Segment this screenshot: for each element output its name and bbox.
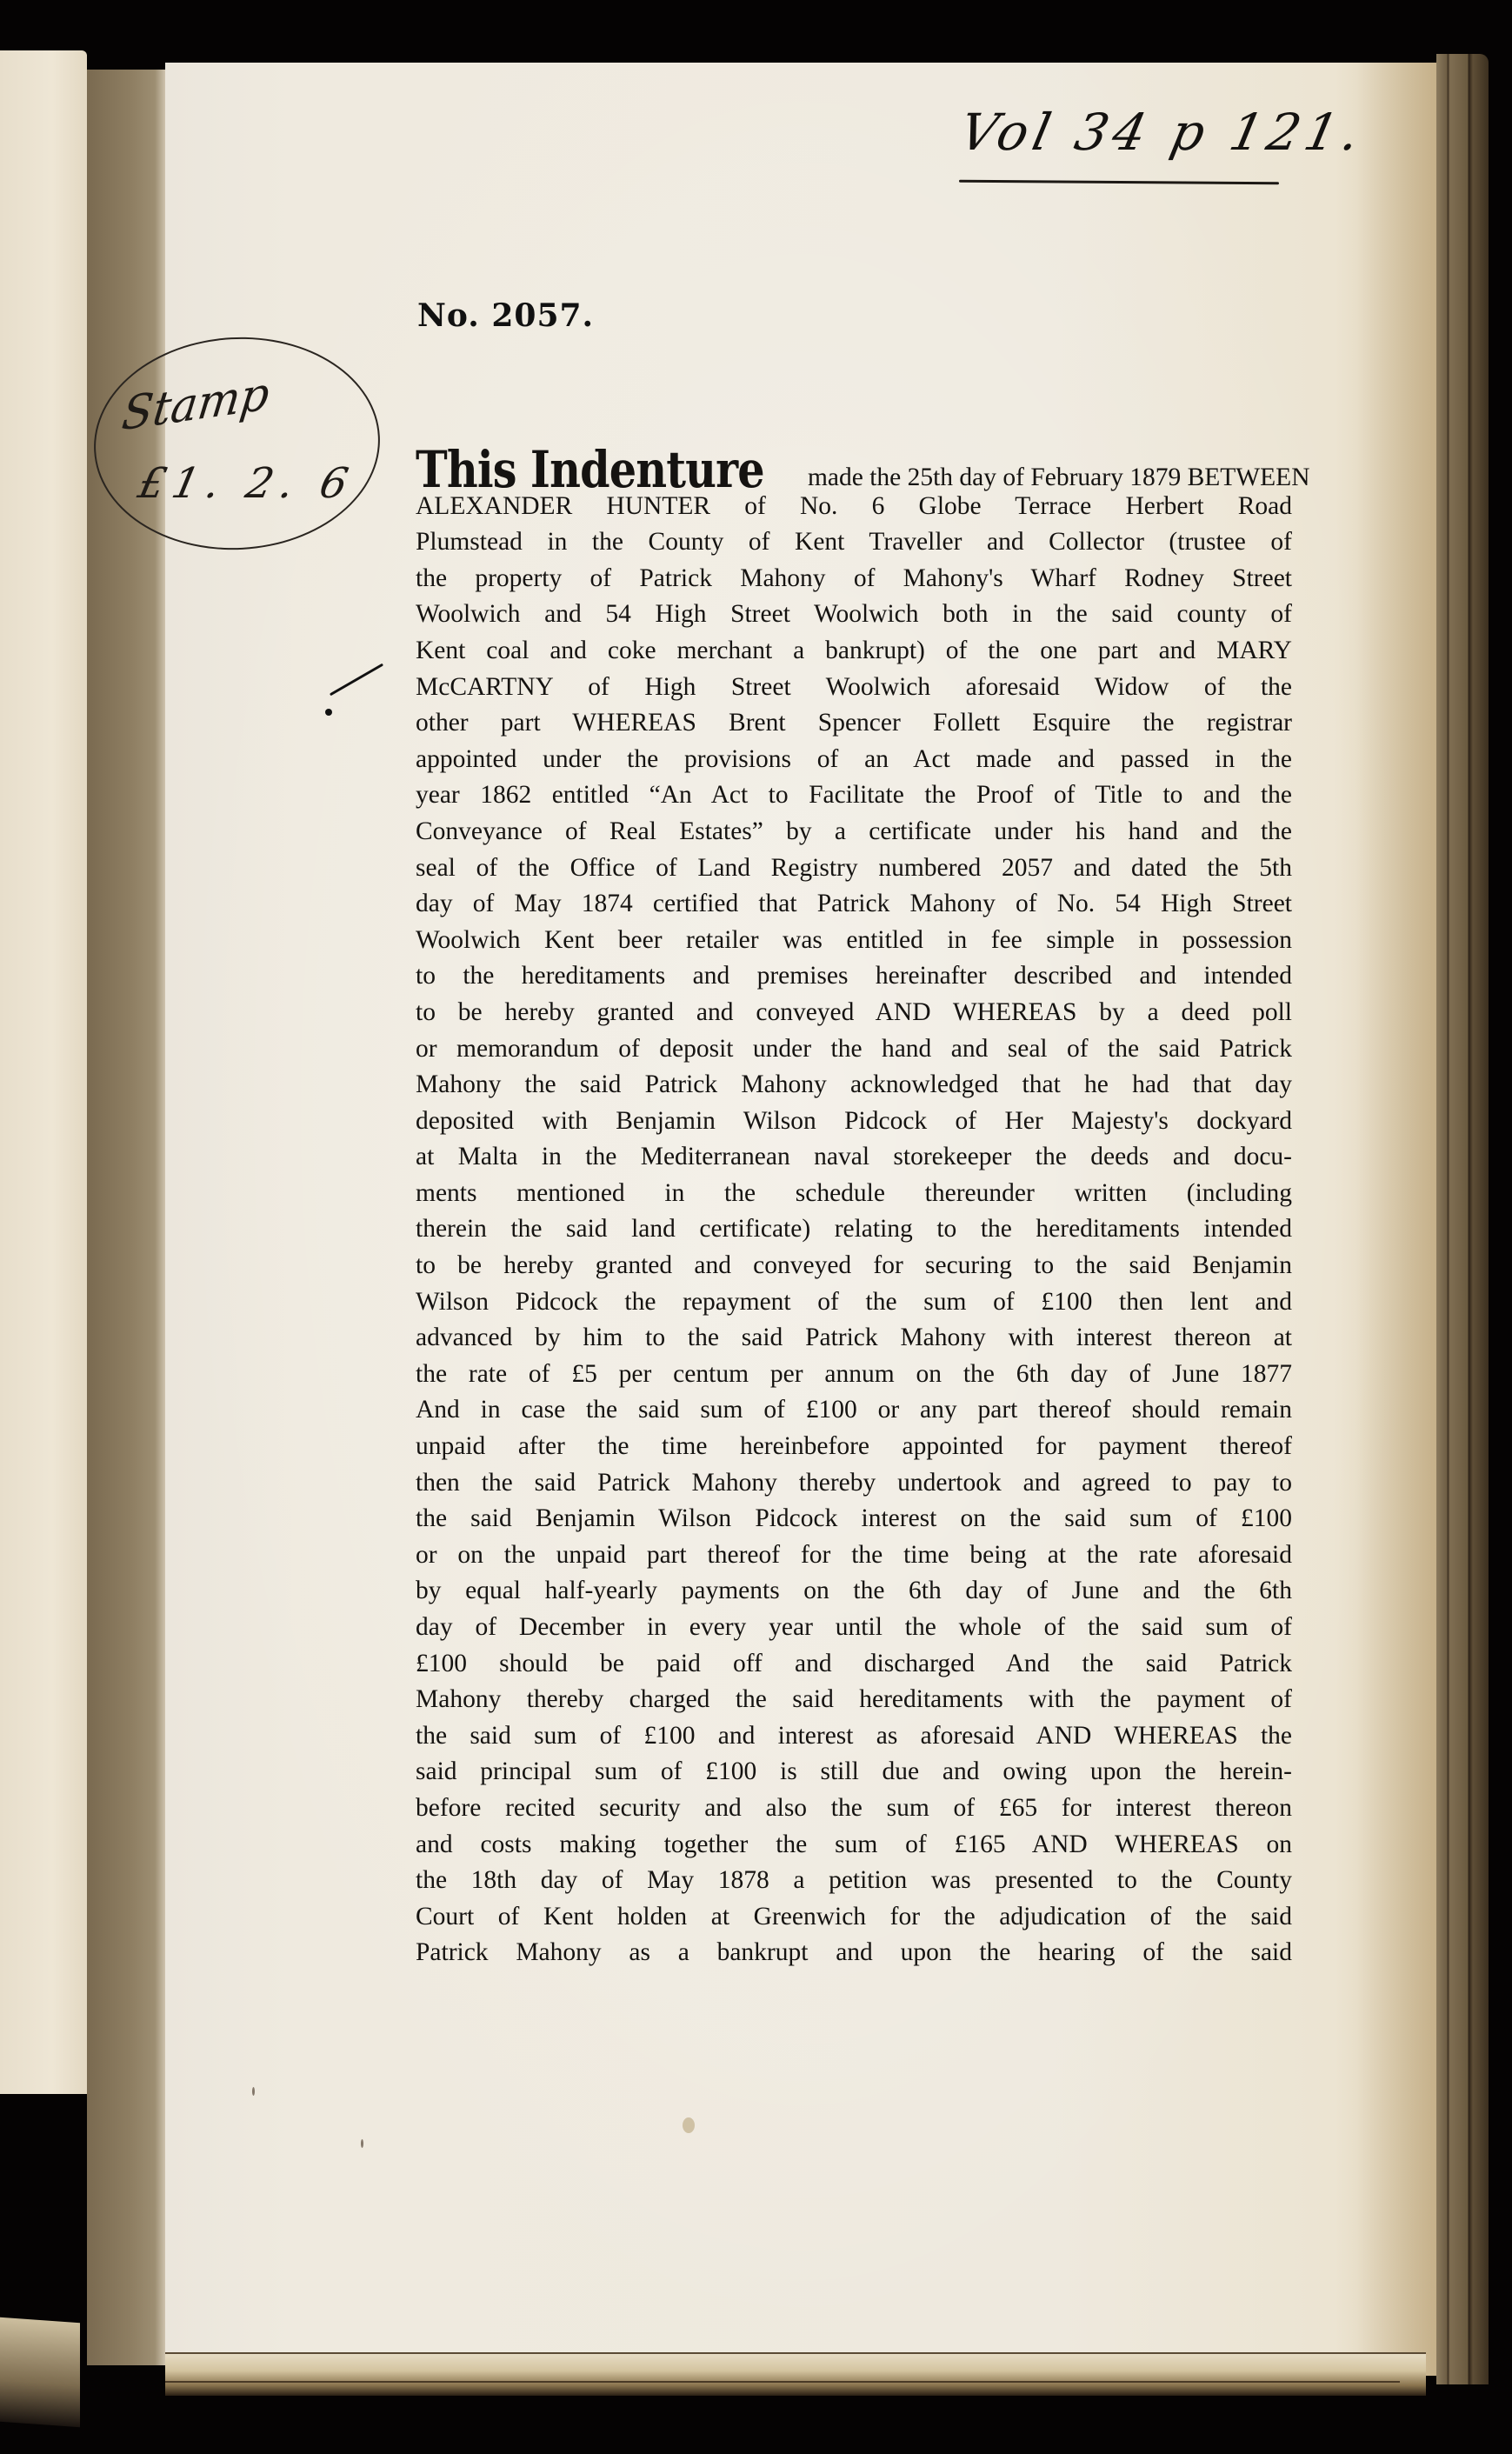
deed-line: the rate of £5 per centum per annum on t… [416,1357,1292,1393]
page-edge-discoloration [1356,63,1436,2376]
deed-line: by equal half-yearly payments on the 6th… [416,1573,1292,1610]
deed-line: or on the unpaid part thereof for the ti… [416,1537,1292,1574]
previous-page-bottom-edge [0,2317,80,2427]
deed-line: deposited with Benjamin Wilson Pidcock o… [416,1104,1292,1140]
deed-line: day of May 1874 certified that Patrick M… [416,886,1292,923]
deed-line: day of December in every year until the … [416,1610,1292,1646]
deed-line: unpaid after the time hereinbefore appoi… [416,1429,1292,1465]
deed-line: ments mentioned in the schedule thereund… [416,1176,1292,1212]
deed-line: Plumstead in the County of Kent Travelle… [416,524,1292,561]
deed-line: Patrick Mahony as a bankrupt and upon th… [416,1935,1292,1971]
indenture-body: This Indenture made the 25th day of Febr… [416,433,1292,1971]
deed-line: And in case the said sum of £100 or any … [416,1392,1292,1429]
deed-line: the said Benjamin Wilson Pidcock interes… [416,1501,1292,1537]
deed-line: year 1862 entitled “An Act to Facilitate… [416,777,1292,814]
deed-line: other part WHEREAS Brent Spencer Follett… [416,705,1292,742]
foxing-spot [252,2087,255,2096]
deed-line: Wilson Pidcock the repayment of the sum … [416,1284,1292,1321]
stamp-amount-handwritten: £1. 2. 6 [134,459,359,508]
deed-line: Mahony the said Patrick Mahony acknowled… [416,1067,1292,1104]
stacked-page-edges [1436,54,1489,2384]
deed-line: Court of Kent holden at Greenwich for th… [416,1899,1292,1936]
foxing-spot [683,2117,695,2133]
deed-line: Woolwich and 54 High Street Woolwich bot… [416,597,1292,633]
deed-line: £100 should be paid off and discharged A… [416,1646,1292,1683]
deed-line: Kent coal and coke merchant a bankrupt) … [416,633,1292,670]
deed-line: McCARTNY of High Street Woolwich aforesa… [416,670,1292,706]
page-bottom-crease [165,2381,1400,2383]
deed-line: and costs making together the sum of £16… [416,1827,1292,1864]
deed-line: advanced by him to the said Patrick Maho… [416,1320,1292,1357]
deed-line: then the said Patrick Mahony thereby und… [416,1465,1292,1502]
deed-line: seal of the Office of Land Registry numb… [416,850,1292,887]
deed-line: to be hereby granted and conveyed AND WH… [416,995,1292,1031]
previous-page-edge [0,50,87,2094]
indenture-opening-blackletter: This Indenture [416,452,764,488]
volume-reference-handwritten: Vol 34 p 121. [955,103,1316,163]
foxing-spot [361,2139,363,2148]
deed-line: at Malta in the Mediterranean naval stor… [416,1139,1292,1176]
deed-line: Woolwich Kent beer retailer was entitled… [416,923,1292,959]
deed-line: the 18th day of May 1878 a petition was … [416,1863,1292,1899]
deed-line: Mahony thereby charged the said heredita… [416,1682,1292,1718]
deed-line: to the hereditaments and premises herein… [416,958,1292,995]
deed-line-text: made the 25th day of February 1879 BETWE… [808,463,1310,491]
deed-line: Conveyance of Real Estates” by a certifi… [416,814,1292,850]
deed-line: to be hereby granted and conveyed for se… [416,1248,1292,1284]
deed-line: the property of Patrick Mahony of Mahony… [416,561,1292,597]
deed-line: before recited security and also the sum… [416,1790,1292,1827]
page-bottom-edge [165,2352,1426,2396]
deed-line: said principal sum of £100 is still due … [416,1754,1292,1790]
deed-line: appointed under the provisions of an Act… [416,742,1292,778]
deed-line-1: This Indenture made the 25th day of Febr… [416,452,1292,489]
deed-line: or memorandum of deposit under the hand … [416,1031,1292,1068]
registry-number: No. 2057. [417,297,594,334]
deed-line: therein the said land certificate) relat… [416,1211,1292,1248]
margin-tick-dot [325,709,332,716]
deed-line: the said sum of £100 and interest as afo… [416,1718,1292,1755]
